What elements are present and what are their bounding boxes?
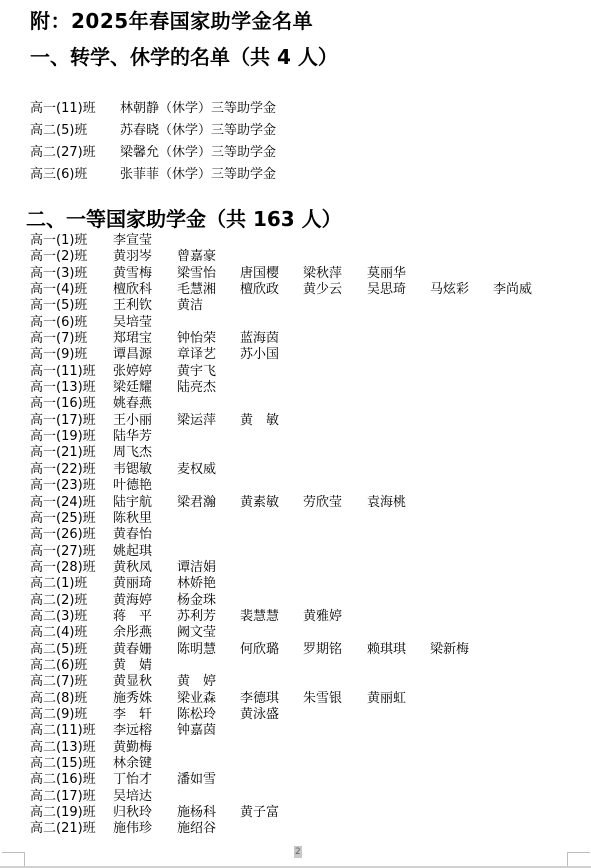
page-number: 2 bbox=[294, 846, 302, 858]
class-label: 高二(11)班 bbox=[30, 723, 96, 739]
class-label: 高一(25)班 bbox=[30, 511, 96, 527]
student-name: 黄丽琦 bbox=[113, 576, 152, 592]
section1-heading: 一、转学、休学的名单（共 4 人） bbox=[30, 41, 338, 70]
student-name: 李尚威 bbox=[493, 282, 532, 298]
student-name: 梁廷耀 bbox=[113, 380, 152, 396]
student-name: 黄 婧 bbox=[113, 658, 152, 674]
table-row: 高二(21)班施伟珍施绍谷 bbox=[30, 821, 590, 837]
student-name: 施绍谷 bbox=[177, 821, 216, 837]
student-name: 陈秋里 bbox=[113, 511, 152, 527]
table-row: 高二(6)班黄 婧 bbox=[30, 658, 590, 674]
table-row: 高一(4)班檀欣科毛慧湘檀欣政黄少云吴思琦马炫彩李尚威 bbox=[30, 282, 590, 298]
student-name: 梁秋萍 bbox=[303, 266, 342, 282]
student-name: 谭洁娟 bbox=[177, 560, 216, 576]
class-label: 高一(11)班 bbox=[30, 99, 96, 119]
student-name: 林余键 bbox=[113, 756, 152, 772]
table-row: 高一(1)班李宣莹 bbox=[30, 233, 590, 249]
student-name: 梁运萍 bbox=[177, 413, 216, 429]
table-row: 高一(6)班吴培莹 bbox=[30, 315, 590, 331]
student-name: 周飞杰 bbox=[113, 445, 152, 461]
class-label: 高一(4)班 bbox=[30, 282, 87, 298]
student-name: 丁怡才 bbox=[113, 772, 152, 788]
student-info: 张菲菲（休学）三等助学金 bbox=[120, 165, 276, 185]
class-label: 高二(4)班 bbox=[30, 625, 87, 641]
student-name: 蒋 平 bbox=[113, 609, 152, 625]
student-name: 林娇艳 bbox=[177, 576, 216, 592]
table-row: 高二(2)班黄海婷杨金珠 bbox=[30, 593, 590, 609]
student-name: 黄雪梅 bbox=[113, 266, 152, 282]
student-name: 钟嘉茵 bbox=[177, 723, 216, 739]
student-name: 黄春怡 bbox=[113, 527, 152, 543]
student-name: 李远榕 bbox=[113, 723, 152, 739]
document-title: 附：2025年春国家助学金名单 bbox=[30, 5, 313, 34]
table-row: 高一(28)班黄秋凤谭洁娟 bbox=[30, 560, 590, 576]
student-name: 袁海桃 bbox=[367, 495, 406, 511]
student-name: 黄雅婷 bbox=[303, 609, 342, 625]
student-info: 梁馨允（休学）三等助学金 bbox=[120, 143, 276, 163]
class-label: 高二(17)班 bbox=[30, 789, 96, 805]
student-name: 黄 敏 bbox=[240, 413, 279, 429]
student-name: 梁新梅 bbox=[430, 642, 469, 658]
student-name: 梁君瀚 bbox=[177, 495, 216, 511]
student-name: 陆亮杰 bbox=[177, 380, 216, 396]
student-name: 苏小国 bbox=[240, 347, 279, 363]
table-row: 高一(26)班黄春怡 bbox=[30, 527, 590, 543]
table-row: 高二(19)班归秋玲施杨科黄子富 bbox=[30, 805, 590, 821]
class-label: 高二(1)班 bbox=[30, 576, 87, 592]
student-name: 姚起琪 bbox=[113, 544, 152, 560]
student-name: 吴思琦 bbox=[367, 282, 406, 298]
class-label: 高一(13)班 bbox=[30, 380, 96, 396]
table-row: 高二(15)班林余键 bbox=[30, 756, 590, 772]
student-name: 梁雪怡 bbox=[177, 266, 216, 282]
student-name: 阙文莹 bbox=[177, 625, 216, 641]
student-name: 施伟珍 bbox=[113, 821, 152, 837]
student-name: 李德琪 bbox=[240, 691, 279, 707]
class-label: 高二(5)班 bbox=[30, 121, 87, 141]
student-info: 苏春晓（休学）三等助学金 bbox=[120, 121, 276, 141]
table-row: 高一(25)班陈秋里 bbox=[30, 511, 590, 527]
table-row: 高一(5)班王利钦黄洁 bbox=[30, 298, 590, 314]
class-label: 高一(26)班 bbox=[30, 527, 96, 543]
student-name: 韦锶敏 bbox=[113, 462, 152, 478]
student-name: 钟怡荣 bbox=[177, 331, 216, 347]
table-row: 高二(7)班黄显秋黄 婷 bbox=[30, 674, 590, 690]
class-label: 高一(5)班 bbox=[30, 298, 87, 314]
table-row: 高一(19)班陆华芳 bbox=[30, 429, 590, 445]
student-name: 黄丽虹 bbox=[367, 691, 406, 707]
student-name: 黄宇飞 bbox=[177, 364, 216, 380]
student-name: 陆华芳 bbox=[113, 429, 152, 445]
student-name: 黄春姗 bbox=[113, 642, 152, 658]
student-name: 黄羽岑 bbox=[113, 249, 152, 265]
class-label: 高二(15)班 bbox=[30, 756, 96, 772]
class-label: 高二(6)班 bbox=[30, 658, 87, 674]
table-row: 高二(4)班余彤燕阙文莹 bbox=[30, 625, 590, 641]
class-label: 高二(27)班 bbox=[30, 143, 96, 163]
student-name: 陆宇航 bbox=[113, 495, 152, 511]
class-label: 高一(11)班 bbox=[30, 364, 96, 380]
class-label: 高一(1)班 bbox=[30, 233, 87, 249]
student-name: 黄 婷 bbox=[177, 674, 216, 690]
class-label: 高二(8)班 bbox=[30, 691, 87, 707]
student-name: 马炫彩 bbox=[430, 282, 469, 298]
class-label: 高二(9)班 bbox=[30, 707, 87, 723]
table-row: 高二(3)班蒋 平苏利芳裴慧慧黄雅婷 bbox=[30, 609, 590, 625]
student-name: 曾嘉豪 bbox=[177, 249, 216, 265]
student-name: 潘如雪 bbox=[177, 772, 216, 788]
class-label: 高二(16)班 bbox=[30, 772, 96, 788]
table-row: 高二(16)班丁怡才潘如雪 bbox=[30, 772, 590, 788]
class-label: 高二(3)班 bbox=[30, 609, 87, 625]
section2-list: 高一(1)班李宣莹高一(2)班黄羽岑曾嘉豪高一(3)班黄雪梅梁雪怡唐国樱梁秋萍莫… bbox=[30, 233, 590, 838]
table-row: 高二(5)班黄春姗陈明慧何欣璐罗期铭赖琪琪梁新梅 bbox=[30, 642, 590, 658]
table-row: 高一(2)班黄羽岑曾嘉豪 bbox=[30, 249, 590, 265]
student-name: 檀欣政 bbox=[240, 282, 279, 298]
student-name: 蓝海茵 bbox=[240, 331, 279, 347]
student-name: 黄秋凤 bbox=[113, 560, 152, 576]
student-name: 李宣莹 bbox=[113, 233, 152, 249]
class-label: 高二(2)班 bbox=[30, 593, 87, 609]
student-name: 麦权威 bbox=[177, 462, 216, 478]
student-name: 郑珺宝 bbox=[113, 331, 152, 347]
student-name: 苏利芳 bbox=[177, 609, 216, 625]
class-label: 高一(19)班 bbox=[30, 429, 96, 445]
student-name: 杨金珠 bbox=[177, 593, 216, 609]
class-label: 高二(5)班 bbox=[30, 642, 87, 658]
student-name: 余彤燕 bbox=[113, 625, 152, 641]
student-name: 檀欣科 bbox=[113, 282, 152, 298]
student-name: 黄泳盛 bbox=[240, 707, 279, 723]
table-row: 高一(3)班黄雪梅梁雪怡唐国樱梁秋萍莫丽华 bbox=[30, 266, 590, 282]
table-row: 高一(16)班姚春燕 bbox=[30, 396, 590, 412]
student-name: 归秋玲 bbox=[113, 805, 152, 821]
student-name: 梁业森 bbox=[177, 691, 216, 707]
student-name: 陈明慧 bbox=[177, 642, 216, 658]
student-name: 黄素敏 bbox=[240, 495, 279, 511]
class-label: 高一(27)班 bbox=[30, 544, 96, 560]
student-name: 吴培莹 bbox=[113, 315, 152, 331]
student-name: 黄显秋 bbox=[113, 674, 152, 690]
student-name: 谭昌源 bbox=[113, 347, 152, 363]
student-name: 毛慧湘 bbox=[177, 282, 216, 298]
class-label: 高一(23)班 bbox=[30, 478, 96, 494]
student-name: 莫丽华 bbox=[367, 266, 406, 282]
student-name: 罗期铭 bbox=[303, 642, 342, 658]
table-row: 高二(9)班李 轩陈松玲黄泳盛 bbox=[30, 707, 590, 723]
student-name: 黄勤梅 bbox=[113, 740, 152, 756]
table-row: 高二(8)班施秀姝梁业森李德琪朱雪银黄丽虹 bbox=[30, 691, 590, 707]
student-name: 黄海婷 bbox=[113, 593, 152, 609]
student-name: 张婷婷 bbox=[113, 364, 152, 380]
table-row: 高一(27)班姚起琪 bbox=[30, 544, 590, 560]
table-row: 高一(13)班梁廷耀陆亮杰 bbox=[30, 380, 590, 396]
table-row: 高一(23)班叶德艳 bbox=[30, 478, 590, 494]
table-row: 高一(21)班周飞杰 bbox=[30, 445, 590, 461]
student-name: 黄少云 bbox=[303, 282, 342, 298]
table-row: 高一(24)班陆宇航梁君瀚黄素敏劳欣莹袁海桃 bbox=[30, 495, 590, 511]
student-name: 李 轩 bbox=[113, 707, 152, 723]
table-row: 高二(17)班吴培达 bbox=[30, 789, 590, 805]
student-name: 赖琪琪 bbox=[367, 642, 406, 658]
class-label: 高二(13)班 bbox=[30, 740, 96, 756]
class-label: 高一(6)班 bbox=[30, 315, 87, 331]
class-label: 高一(28)班 bbox=[30, 560, 96, 576]
student-name: 何欣璐 bbox=[240, 642, 279, 658]
student-name: 叶德艳 bbox=[113, 478, 152, 494]
class-label: 高一(24)班 bbox=[30, 495, 96, 511]
table-row: 高一(11)班张婷婷黄宇飞 bbox=[30, 364, 590, 380]
class-label: 高一(21)班 bbox=[30, 445, 96, 461]
class-label: 高一(17)班 bbox=[30, 413, 96, 429]
table-row: 高一(22)班韦锶敏麦权威 bbox=[30, 462, 590, 478]
class-label: 高一(22)班 bbox=[30, 462, 96, 478]
table-row: 高一(17)班王小丽梁运萍黄 敏 bbox=[30, 413, 590, 429]
student-name: 吴培达 bbox=[113, 789, 152, 805]
student-name: 朱雪银 bbox=[303, 691, 342, 707]
student-name: 劳欣莹 bbox=[303, 495, 342, 511]
student-name: 裴慧慧 bbox=[240, 609, 279, 625]
class-label: 高一(2)班 bbox=[30, 249, 87, 265]
student-name: 施杨科 bbox=[177, 805, 216, 821]
table-row: 高二(11)班李远榕钟嘉茵 bbox=[30, 723, 590, 739]
student-name: 黄洁 bbox=[177, 298, 203, 314]
class-label: 高一(7)班 bbox=[30, 331, 87, 347]
table-row: 高二(1)班黄丽琦林娇艳 bbox=[30, 576, 590, 592]
class-label: 高二(21)班 bbox=[30, 821, 96, 837]
student-name: 王利钦 bbox=[113, 298, 152, 314]
student-name: 施秀姝 bbox=[113, 691, 152, 707]
class-label: 高一(16)班 bbox=[30, 396, 96, 412]
student-info: 林朝静（休学）三等助学金 bbox=[120, 99, 276, 119]
class-label: 高一(9)班 bbox=[30, 347, 87, 363]
table-row: 高一(7)班郑珺宝钟怡荣蓝海茵 bbox=[30, 331, 590, 347]
class-label: 高二(7)班 bbox=[30, 674, 87, 690]
class-label: 高三(6)班 bbox=[30, 165, 87, 185]
student-name: 姚春燕 bbox=[113, 396, 152, 412]
table-row: 高二(13)班黄勤梅 bbox=[30, 740, 590, 756]
student-name: 唐国樱 bbox=[240, 266, 279, 282]
student-name: 章译艺 bbox=[177, 347, 216, 363]
table-row: 高一(9)班谭昌源章译艺苏小国 bbox=[30, 347, 590, 363]
class-label: 高二(19)班 bbox=[30, 805, 96, 821]
section2-heading: 二、一等国家助学金（共 163 人） bbox=[26, 203, 342, 232]
student-name: 陈松玲 bbox=[177, 707, 216, 723]
student-name: 王小丽 bbox=[113, 413, 152, 429]
class-label: 高一(3)班 bbox=[30, 266, 87, 282]
student-name: 黄子富 bbox=[240, 805, 279, 821]
